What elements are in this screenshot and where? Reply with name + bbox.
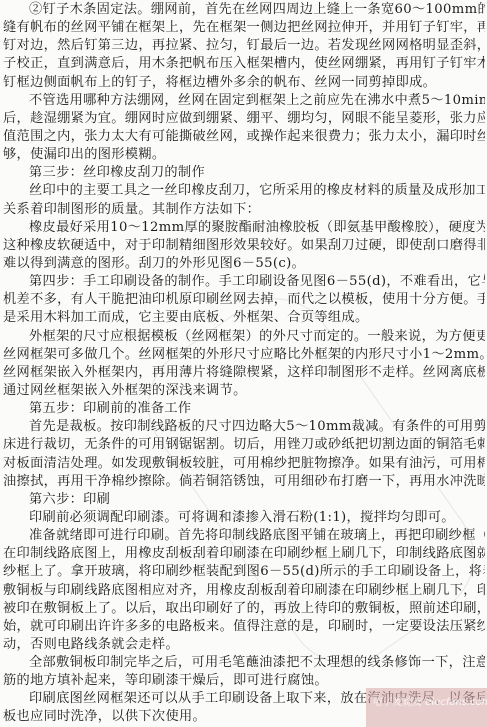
site-watermark: 电子发烧友 elecfans.com [366, 688, 487, 727]
text-line: 够，使漏印出的图形模糊。 [3, 146, 485, 164]
text-line: 后，趁湿绷紧为宜。绷网时应做到绷紧、绷平、绷均匀，网眼不能呈菱形，张力应保持在标… [3, 110, 485, 128]
text-line: 对板面清洁处理。如发现敷铜板较脏，可用棉纱把脏物擦净。如果有油污，可用棉纱蘸少许… [3, 455, 485, 473]
text-line: 这种橡皮软硬适中，对于印制精细图形效果较好。如果刮刀过硬，即使刮口磨得非常理想，… [3, 237, 485, 255]
text-line: 不管选用哪种方法绷网，丝网在固定到框架上之前应先在沸水中煮5～10min，清水漂… [3, 92, 485, 110]
text-line: 钉框边侧面帆布上的钉子，将框边槽外多余的帆布、丝网一同剪掉即成。 [3, 74, 485, 92]
text-line: 第六步：印刷 [3, 491, 485, 509]
text-line: 被印在敷铜板上了。以后，取出印刷好了的，再放上待印的敷铜板，照前述印刷，如此周而… [3, 600, 485, 618]
text-line: 始，就可印刷出许许多多的电路板来。值得注意的是，印刷时，一定要设法压紧纱框，不得… [3, 618, 485, 636]
text-line: 关系着印制图形的质量。其制作方法如下： [3, 201, 485, 219]
text-line: 第五步：印刷前的准备工作 [3, 400, 485, 418]
text-line: ②钉子木条固定法。绷网前，首先在丝网四周边上缝上一条宽60～100mm的细帆布，… [3, 1, 485, 19]
text-line: 第四步：手工印刷设备的制作。手工印刷设备见图6－55(d)，不难看出，它与常见的… [3, 273, 485, 291]
document-page: ②钉子木条固定法。绷网前，首先在丝网四周边上缝上一条宽60～100mm的细帆布，… [3, 1, 485, 727]
text-line: 床进行裁切，无条件的可用钢锯锯割。切后，用锉刀或砂纸把切割边面的铜箔毛刺打掉。然… [3, 436, 485, 454]
watermark-text: 电子发烧友 elecfans.com [372, 697, 487, 708]
text-line: 橡皮最好采用10～12mm厚的聚胺酯耐油橡胶板（即氨基甲酸橡胶），硬度为75～8… [3, 219, 485, 237]
text-line: 子校正，直到满意后，用木条把帆布压入框架槽内，使丝网绷紧，再用钉子钉牢木条，最后… [3, 55, 485, 73]
text-line: 通过网丝框架嵌入外框架的深浅来调节。 [3, 382, 485, 400]
text-line: 纱框上了。拿开玻璃，将印刷纱框装配到图6－55(d)所示的手工印刷设备上，将表面… [3, 563, 485, 581]
text-line: 钉对边，然后钉第三边，再拉紧、拉匀，钉最后一边。若发现丝网网格明显歪斜，可随时拔… [3, 37, 485, 55]
text-line: 是采用木料加工而成，它主要由底板、外框架、合页等组成。 [3, 309, 485, 327]
text-line: 外框架的尺寸应根据模板（丝网框架）的外尺寸而定的。一般来说，为方便更换印制模板， [3, 328, 485, 346]
text-line: 油擦拭，再用干净棉纱擦除。倘若铜箔锈蚀，可用细砂布打磨一下，再用水冲洗晾干待用。 [3, 473, 485, 491]
text-line: 在印制线路底图上，用橡皮刮板刮着印刷漆在印刷纱框上刷几下，印制线路底图就被粘在印… [3, 545, 485, 563]
text-line: 丝网框架嵌入外框架内，再用薄片将缝隙楔紧，这样印制图形不走样。丝网离底板的高度，… [3, 364, 485, 382]
text-line: 缝有帆布的丝网平铺在框架上，先在框架一侧边把丝网拉伸开，并用钉子钉牢，再以同样方… [3, 19, 485, 37]
text-line: 第三步：丝印橡皮刮刀的制作 [3, 164, 485, 182]
text-line: 敷铜板与印刷线路底图相应对齐，用橡皮刮板刮着印刷漆在印刷纱框上刷几下，印制线路就… [3, 582, 485, 600]
text-line: 丝网框架可多做几个。丝网框架的外形尺寸应略比外框架的内形尺寸小1～2mm。使用时… [3, 346, 485, 364]
text-line: 全部敷铜板印制完毕之后，可用毛笔蘸油漆把不太理想的线条修饰一下，注意把有线条连 [3, 654, 485, 672]
text-line: 机差不多，有人干脆把油印机原印刷丝网去掉，而代之以模板，使用十分方便。手工印刷设… [3, 291, 485, 309]
text-line: 丝印中的主要工具之一丝印橡皮刮刀，它所采用的橡皮材料的质量及成形加工手段直接 [3, 182, 485, 200]
text-line: 首先是裁板。按印制线路板的尺寸四边略大5～10mm裁减。有条件的可用剪板机或冲 [3, 418, 485, 436]
text-line: 动，否则电路线条就会走样。 [3, 636, 485, 654]
text-line: 难以得到满意的图形。刮刀的外形见图6－55(c)。 [3, 255, 485, 273]
text-line: 值范围之内，张力太大有可能撕破丝网，或操作起来很费力；张力太小，漏印时丝网反弹力… [3, 128, 485, 146]
text-line: 印刷前必须调配印刷漆。可将调和漆掺入滑石粉(1:1)，搅拌均匀即可。 [3, 509, 485, 527]
text-line: 准备就绪即可进行印刷。首先将印制线路底图平铺在玻璃上，再把印刷纱框（丝网框）放 [3, 527, 485, 545]
